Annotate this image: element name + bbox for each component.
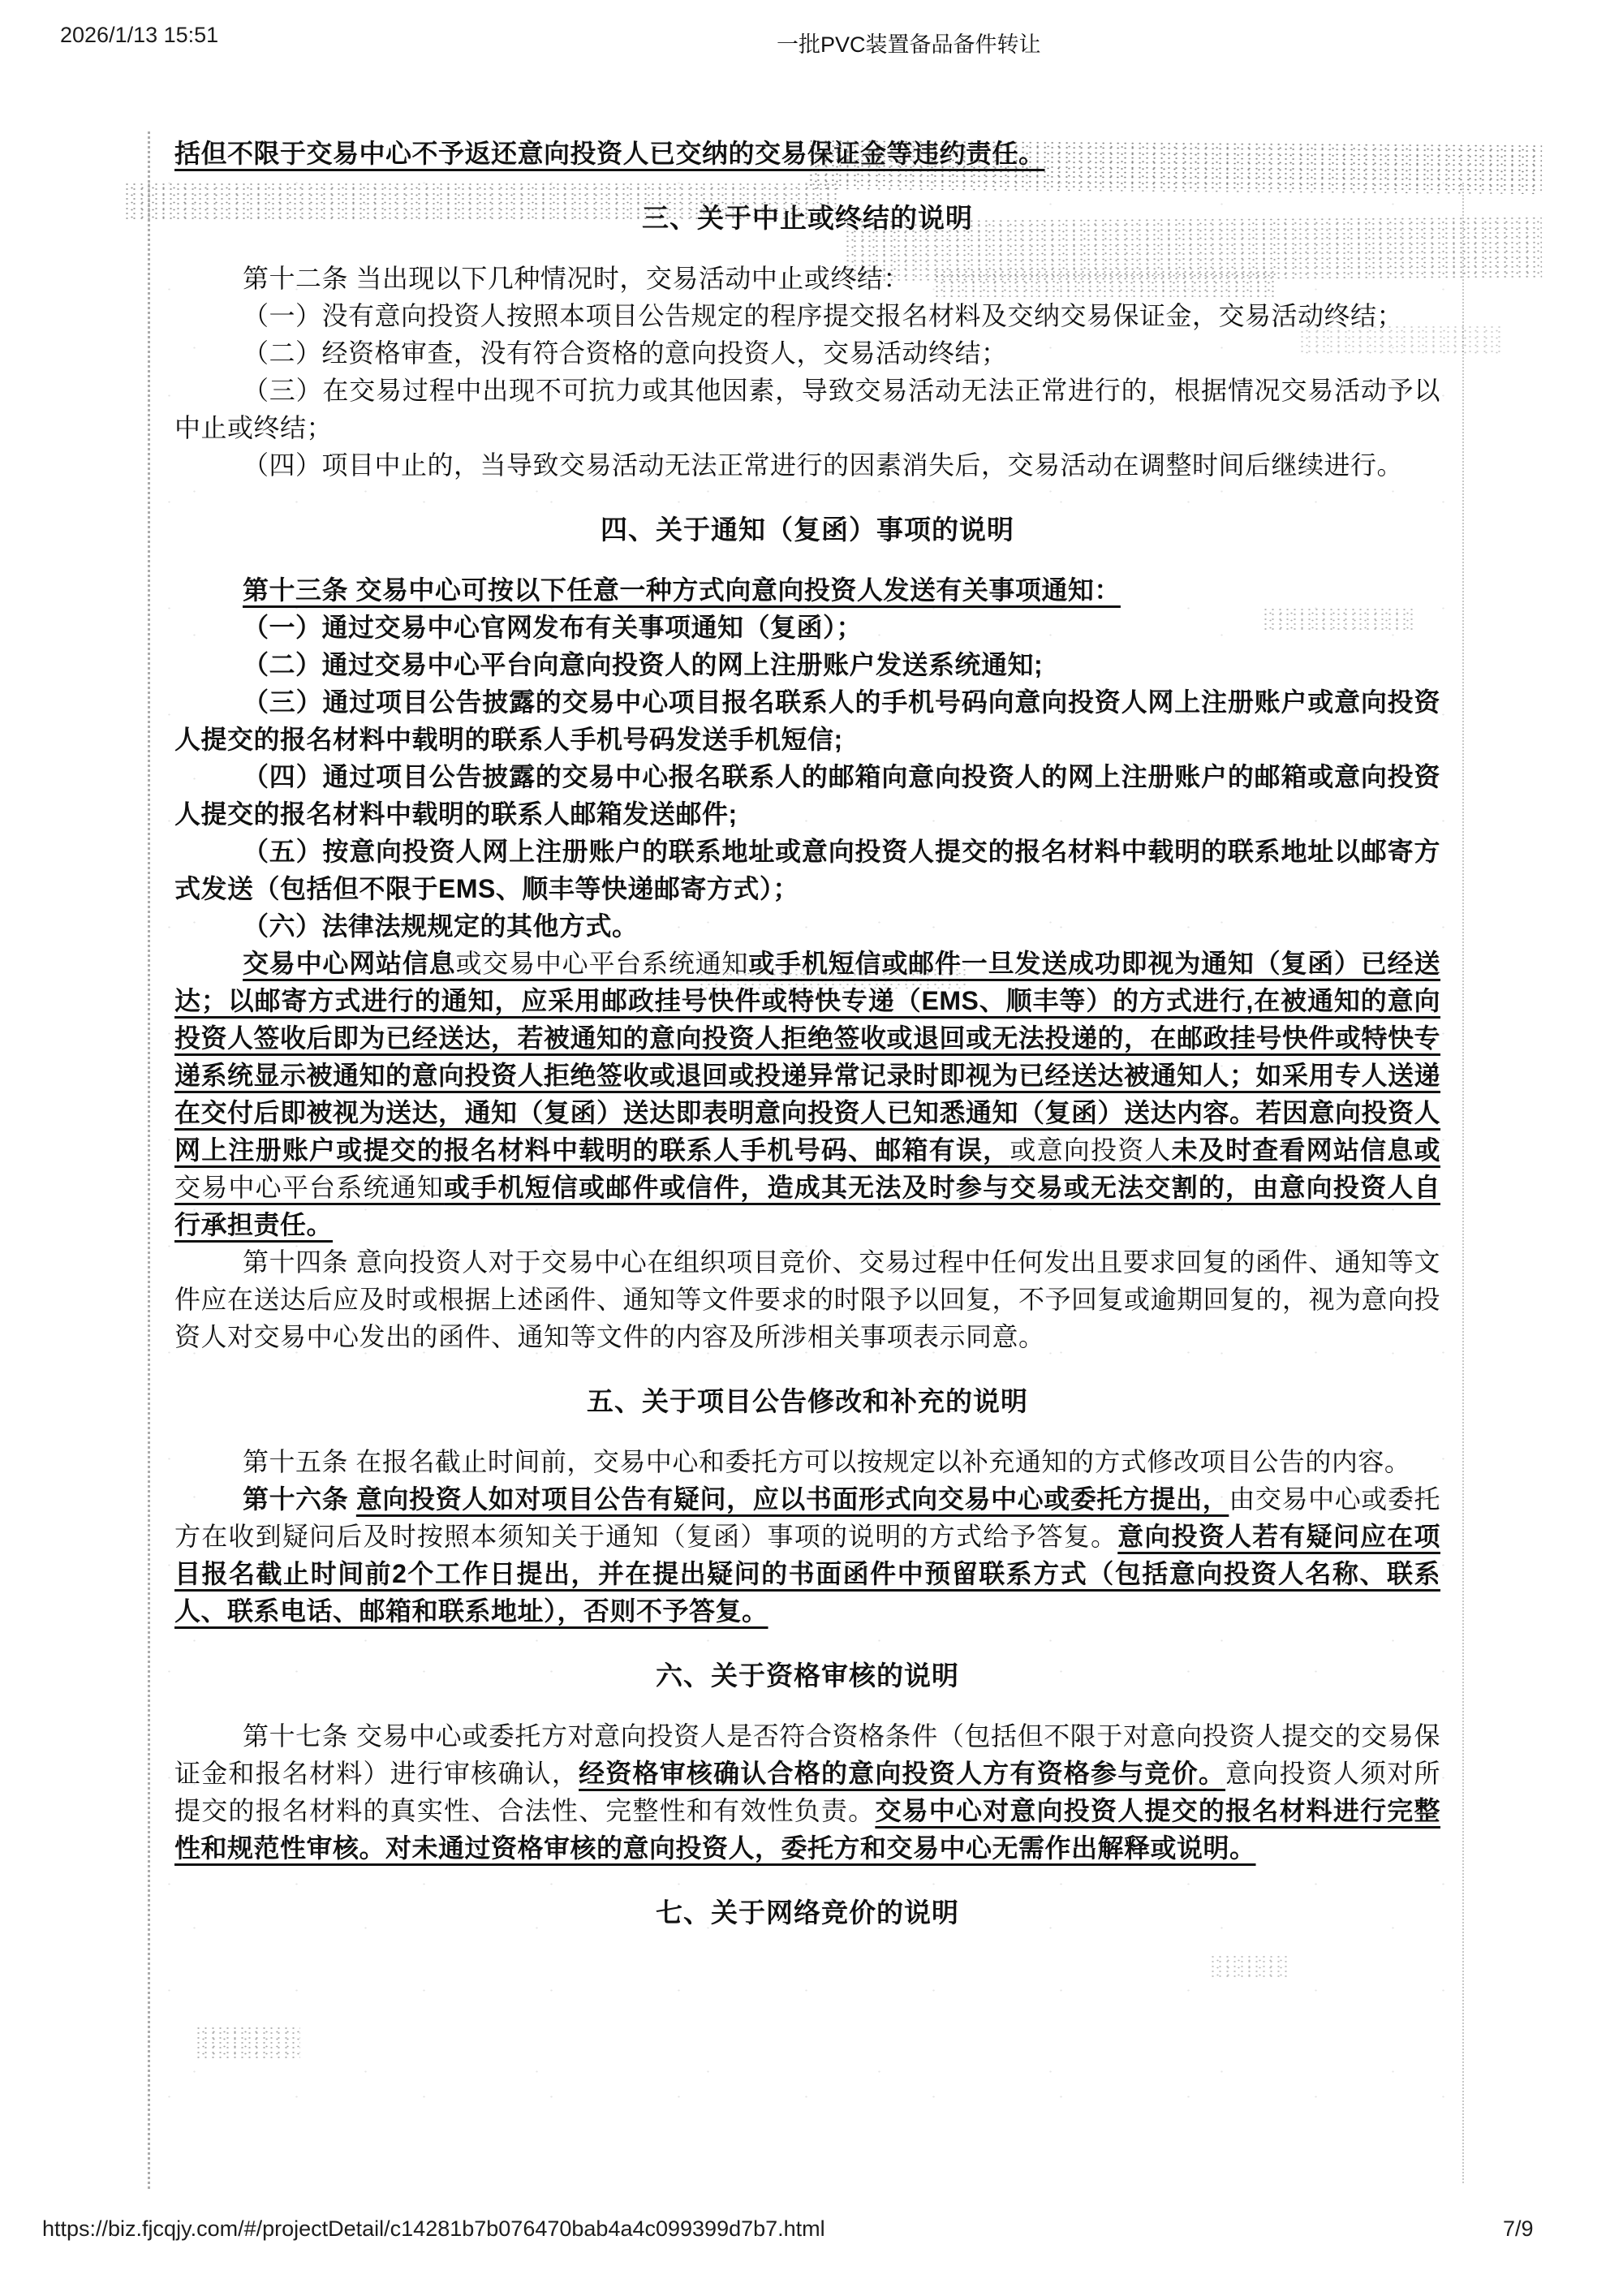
section-heading: 六、关于资格审核的说明 <box>174 1657 1440 1695</box>
paragraph: （四）项目中止的，当导致交易活动无法正常进行的因素消失后，交易活动在调整时间后继… <box>174 446 1440 484</box>
text-segment: 第十六条 <box>243 1484 356 1514</box>
print-footer-url: https://biz.fjcqjy.com/#/projectDetail/c… <box>42 2216 825 2242</box>
text-segment: 或意向投资人 <box>1010 1135 1171 1165</box>
text-segment: 括但不限于交易中心不予返还意向投资人已交纳的交易保证金等违约责任。 <box>174 139 1045 168</box>
paragraph: 交易中心网站信息或交易中心平台系统通知或手机短信或邮件一旦发送成功即视为通知（复… <box>174 945 1440 1243</box>
paragraph: （三）在交易过程中出现不可抗力或其他因素，导致交易活动无法正常进行的，根据情况交… <box>174 372 1440 446</box>
section-heading: 五、关于项目公告修改和补充的说明 <box>174 1383 1440 1420</box>
text-segment: 意向投资人如对项目公告有疑问，应以书面形式向交易中心或委托方提出， <box>356 1484 1229 1514</box>
scan-noise <box>1209 1954 1290 1977</box>
paragraph: （二）通过交易中心平台向意向投资人的网上注册账户发送系统通知; <box>174 646 1440 683</box>
paragraph: 括但不限于交易中心不予返还意向投资人已交纳的交易保证金等违约责任。 <box>174 135 1440 172</box>
print-header-doc-title: 一批PVC装置备品备件转让 <box>777 27 1041 58</box>
scan-right-edge-line <box>1462 183 1464 2183</box>
text-segment: （一）通过交易中心官网发布有关事项通知（复函）； <box>243 613 863 642</box>
print-footer-page-number: 7/9 <box>1503 2216 1534 2242</box>
section-heading: 三、关于中止或终结的说明 <box>174 200 1440 237</box>
text-segment: （五）按意向投资人网上注册账户的联系地址或意向投资人提交的报名材料中载明的联系地… <box>174 837 1440 903</box>
text-segment: （二）通过交易中心平台向意向投资人的网上注册账户发送系统通知; <box>243 650 1043 679</box>
text-segment: 第十二条 当出现以下几种情况时，交易活动中止或终结： <box>243 264 910 293</box>
text-segment: （三）在交易过程中出现不可抗力或其他因素，导致交易活动无法正常进行的，根据情况交… <box>174 376 1440 442</box>
text-segment: 交易中心平台系统通知 <box>174 1173 444 1202</box>
section-heading: 七、关于网络竞价的说明 <box>174 1894 1440 1932</box>
paragraph: 第十二条 当出现以下几种情况时，交易活动中止或终结： <box>174 260 1440 297</box>
text-segment: （二）经资格审查，没有符合资格的意向投资人，交易活动终结； <box>243 338 1008 368</box>
text-segment: 或交易中心平台系统通知 <box>455 949 748 978</box>
text-segment: 交易中心网站信息 <box>243 949 455 978</box>
text-segment: （四）项目中止的，当导致交易活动无法正常进行的因素消失后，交易活动在调整时间后继… <box>243 450 1403 480</box>
text-segment: （六）法律法规规定的其他方式。 <box>243 911 639 941</box>
text-segment: （三）通过项目公告披露的交易中心项目报名联系人的手机号码向意向投资人网上注册账户… <box>174 687 1440 754</box>
text-segment: （四）通过项目公告披露的交易中心报名联系人的邮箱向意向投资人的网上注册账户的邮箱… <box>174 762 1440 829</box>
paragraph: （一）通过交易中心官网发布有关事项通知（复函）； <box>174 609 1440 646</box>
text-segment: 第十四条 意向投资人对于交易中心在组织项目竞价、交易过程中任何发出且要求回复的函… <box>174 1247 1440 1351</box>
paragraph: 第十三条 交易中心可按以下任意一种方式向意向投资人发送有关事项通知： <box>174 571 1440 609</box>
paragraph: 第十七条 交易中心或委托方对意向投资人是否符合资格条件（包括但不限于对意向投资人… <box>174 1717 1440 1867</box>
section-heading: 四、关于通知（复函）事项的说明 <box>174 511 1440 549</box>
text-segment: 或手机短信或邮件一旦发送成功即视为通知（复函）已经送达；以邮寄方式进行的通知，应… <box>174 949 1440 1165</box>
scanned-document-page: 2026/1/13 15:51 一批PVC装置备品备件转让 括但不限于交易中心不… <box>0 0 1623 2296</box>
text-segment: 未及时查看网站信息或 <box>1172 1135 1440 1165</box>
scan-noise <box>195 2026 300 2060</box>
paragraph: 第十五条 在报名截止时间前，交易中心和委托方可以按规定以补充通知的方式修改项目公… <box>174 1443 1440 1480</box>
text-segment: 第十五条 在报名截止时间前，交易中心和委托方可以按规定以补充通知的方式修改项目公… <box>243 1447 1410 1476</box>
paragraph: （四）通过项目公告披露的交易中心报名联系人的邮箱向意向投资人的网上注册账户的邮箱… <box>174 758 1440 833</box>
paragraph: （二）经资格审查，没有符合资格的意向投资人，交易活动终结； <box>174 334 1440 372</box>
paragraph: （六）法律法规规定的其他方式。 <box>174 907 1440 945</box>
text-segment: 第十三条 交易中心可按以下任意一种方式向意向投资人发送有关事项通知： <box>243 575 1121 605</box>
text-segment: （一）没有意向投资人按照本项目公告规定的程序提交报名材料及交纳交易保证金，交易活… <box>243 301 1403 330</box>
paragraph: 第十六条 意向投资人如对项目公告有疑问，应以书面形式向交易中心或委托方提出，由交… <box>174 1480 1440 1630</box>
paragraph: （三）通过项目公告披露的交易中心项目报名联系人的手机号码向意向投资人网上注册账户… <box>174 683 1440 758</box>
print-header-datetime: 2026/1/13 15:51 <box>60 23 218 48</box>
scan-left-edge-line <box>148 131 150 2189</box>
text-segment: 经资格审核确认合格的意向投资人方有资格参与竞价。 <box>579 1759 1225 1788</box>
document-body: 括但不限于交易中心不予返还意向投资人已交纳的交易保证金等违约责任。三、关于中止或… <box>174 135 1440 1954</box>
paragraph: （一）没有意向投资人按照本项目公告规定的程序提交报名材料及交纳交易保证金，交易活… <box>174 297 1440 334</box>
paragraph: （五）按意向投资人网上注册账户的联系地址或意向投资人提交的报名材料中载明的联系地… <box>174 833 1440 907</box>
paragraph: 第十四条 意向投资人对于交易中心在组织项目竞价、交易过程中任何发出且要求回复的函… <box>174 1243 1440 1355</box>
